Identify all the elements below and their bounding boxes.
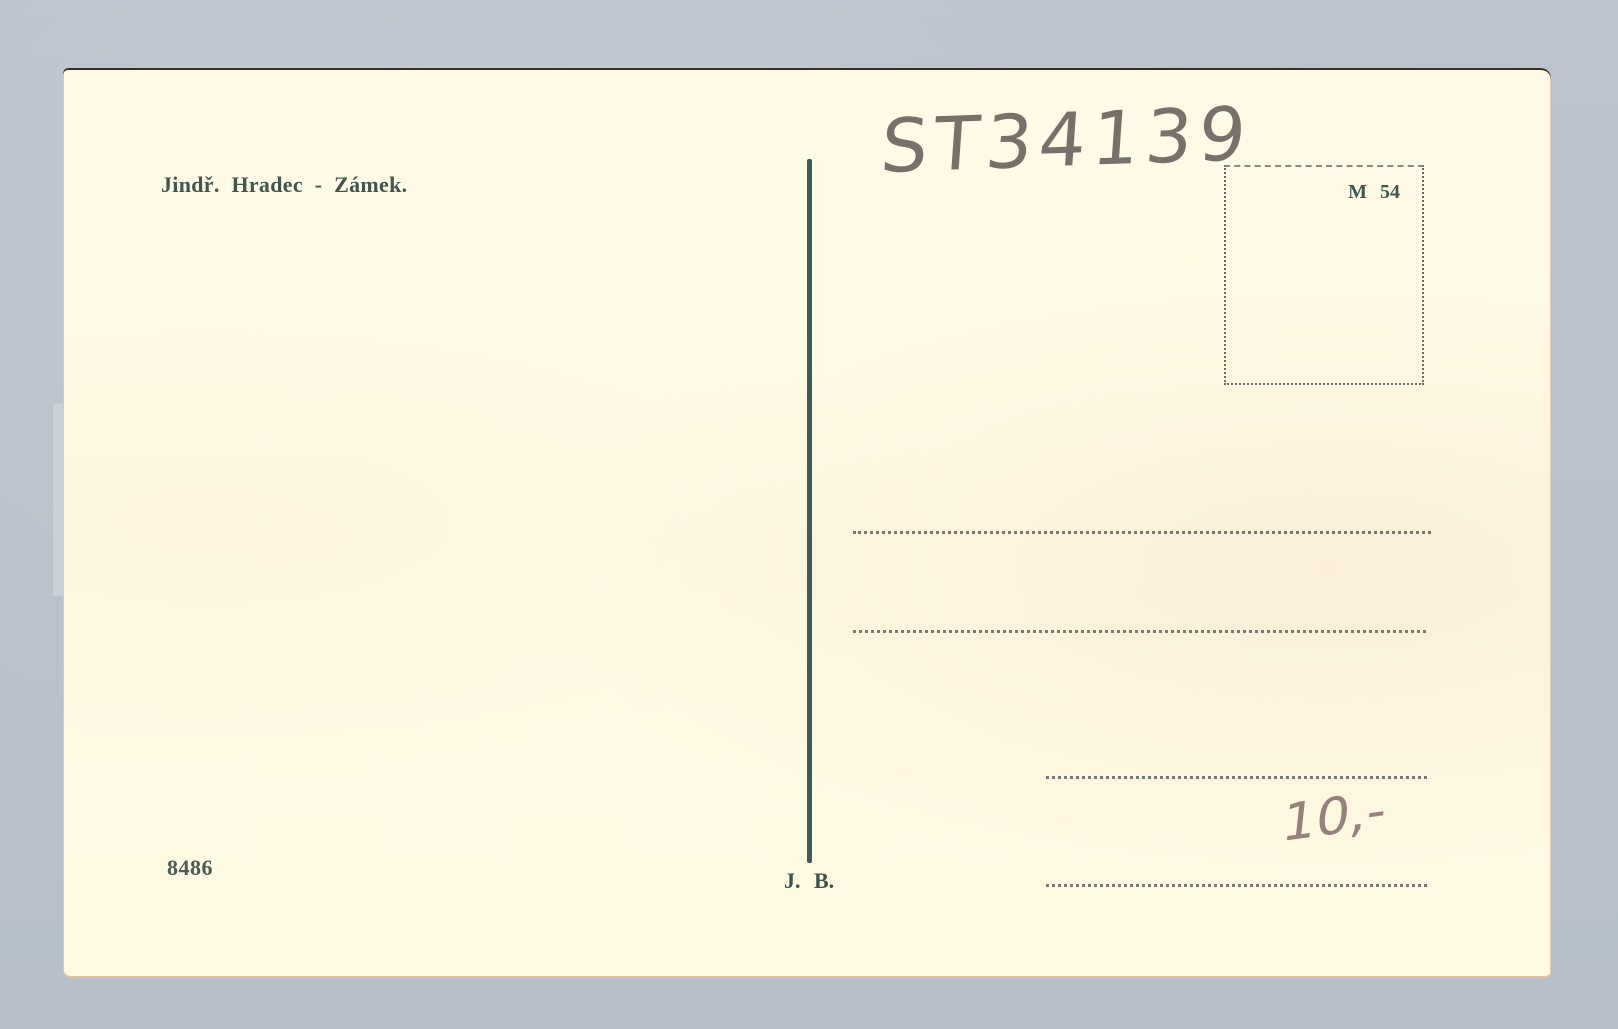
serial-number: 8486 (167, 855, 213, 881)
address-line-3 (1046, 776, 1427, 779)
publisher-mark: J. B. (784, 868, 834, 894)
address-line-4 (1046, 884, 1427, 887)
postcard-back: Jindř. Hradec - Zámek. ST34139 M 54 10,-… (63, 68, 1551, 978)
address-line-1 (853, 531, 1431, 534)
stamp-box-label: M 54 (1348, 181, 1400, 204)
postcard-title: Jindř. Hradec - Zámek. (161, 172, 407, 198)
stamp-box: M 54 (1224, 165, 1424, 385)
center-divider-line (807, 159, 812, 863)
handwritten-reference-number: ST34139 (878, 91, 1255, 190)
handwritten-price: 10,- (1279, 780, 1389, 854)
address-line-2 (853, 630, 1426, 633)
